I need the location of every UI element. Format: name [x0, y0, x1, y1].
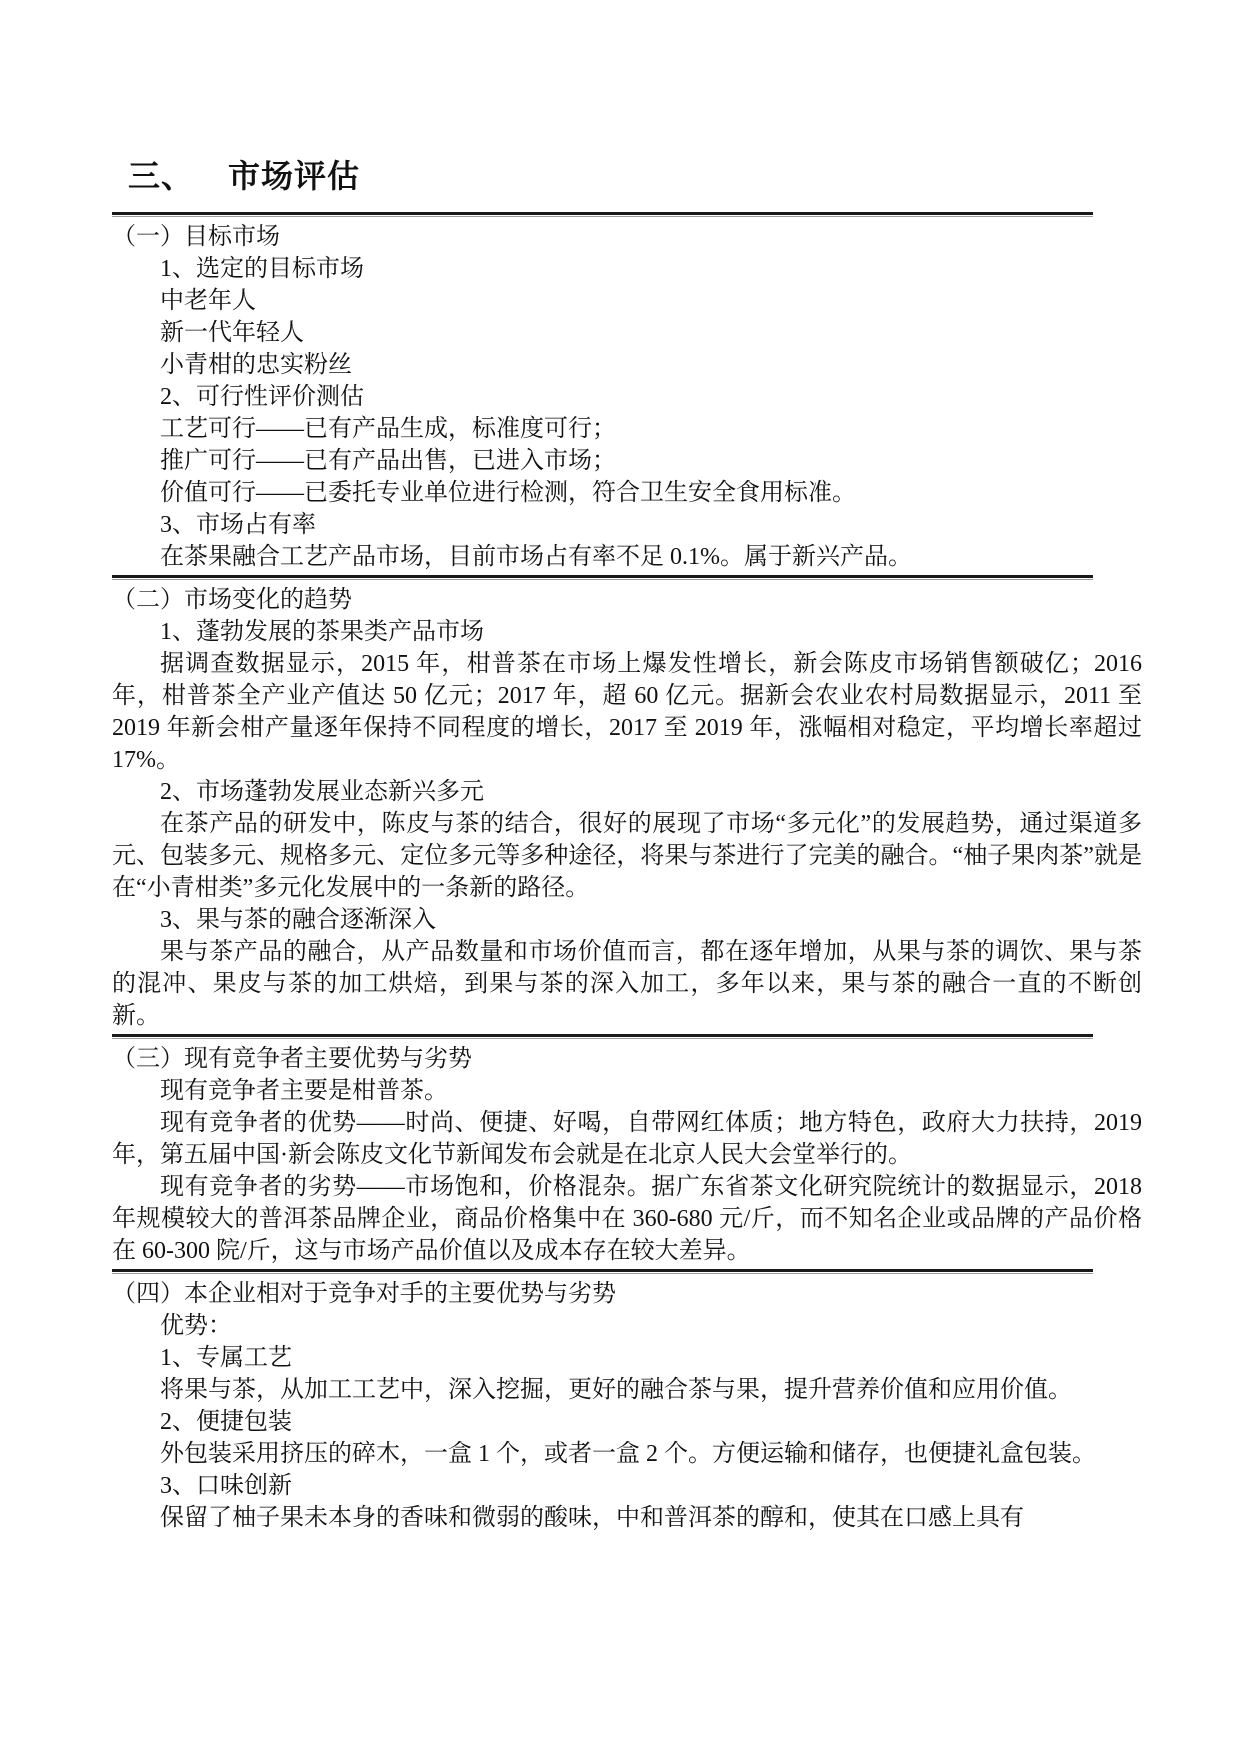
- text-line: 1、蓬勃发展的茶果类产品市场: [112, 616, 1142, 648]
- text-line: 3、口味创新: [112, 1470, 1142, 1502]
- text-line: 新一代年轻人: [112, 317, 1142, 349]
- section-heading: （一）目标市场: [112, 221, 1142, 253]
- paragraph: 在茶产品的研发中，陈皮与茶的结合，很好的展现了市场“多元化”的发展趋势，通过渠道…: [112, 808, 1142, 904]
- page-title: 三、市场评估: [128, 156, 1142, 196]
- text-line: 工艺可行——已有产品生成，标准度可行；: [112, 413, 1142, 445]
- document-section: （二）市场变化的趋势1、蓬勃发展的茶果类产品市场据调查数据显示，2015 年，柑…: [112, 581, 1142, 1034]
- sections-container: （一）目标市场1、选定的目标市场中老年人新一代年轻人小青柑的忠实粉丝2、可行性评…: [112, 212, 1142, 1536]
- paragraph: 现有竞争者主要是柑普茶。: [112, 1075, 1142, 1107]
- text-line: 2、可行性评价测估: [112, 381, 1142, 413]
- text-line: 优势：: [112, 1310, 1142, 1342]
- document-page: 三、市场评估 （一）目标市场1、选定的目标市场中老年人新一代年轻人小青柑的忠实粉…: [0, 0, 1240, 1753]
- text-line: 中老年人: [112, 285, 1142, 317]
- paragraph: 果与茶产品的融合，从产品数量和市场价值而言，都在逐年增加，从果与茶的调饮、果与茶…: [112, 936, 1142, 1032]
- text-line: 3、果与茶的融合逐渐深入: [112, 904, 1142, 936]
- paragraph: 现有竞争者的劣势——市场饱和，价格混杂。据广东省茶文化研究院统计的数据显示，20…: [112, 1171, 1142, 1267]
- section-heading: （三）现有竞争者主要优势与劣势: [112, 1043, 1142, 1075]
- paragraph: 将果与茶，从加工工艺中，深入挖掘，更好的融合茶与果，提升营养价值和应用价值。: [112, 1374, 1142, 1406]
- text-line: 1、选定的目标市场: [112, 253, 1142, 285]
- text-line: 2、市场蓬勃发展业态新兴多元: [112, 776, 1142, 808]
- page-title-text: 市场评估: [228, 158, 360, 194]
- text-line: 推广可行——已有产品出售，已进入市场；: [112, 445, 1142, 477]
- document-section: （四）本企业相对于竞争对手的主要优势与劣势优势：1、专属工艺将果与茶，从加工工艺…: [112, 1275, 1142, 1536]
- paragraph: 据调查数据显示，2015 年，柑普茶在市场上爆发性增长，新会陈皮市场销售额破亿；…: [112, 648, 1142, 776]
- text-line: 价值可行——已委托专业单位进行检测，符合卫生安全食用标准。: [112, 477, 1142, 509]
- text-line: 在茶果融合工艺产品市场，目前市场占有率不足 0.1%。属于新兴产品。: [112, 541, 1142, 573]
- section-heading: （四）本企业相对于竞争对手的主要优势与劣势: [112, 1278, 1142, 1310]
- text-line: 1、专属工艺: [112, 1342, 1142, 1374]
- paragraph: 外包装采用挤压的碎木，一盒 1 个，或者一盒 2 个。方便运输和储存，也便捷礼盒…: [112, 1438, 1142, 1470]
- text-line: 小青柑的忠实粉丝: [112, 349, 1142, 381]
- section-heading: （二）市场变化的趋势: [112, 584, 1142, 616]
- text-line: 3、市场占有率: [112, 509, 1142, 541]
- document-section: （三）现有竞争者主要优势与劣势现有竞争者主要是柑普茶。现有竞争者的优势——时尚、…: [112, 1040, 1142, 1269]
- paragraph: 现有竞争者的优势——时尚、便捷、好喝，自带网红体质；地方特色，政府大力扶持，20…: [112, 1107, 1142, 1171]
- page-title-number: 三、: [128, 158, 194, 194]
- text-line: 2、便捷包装: [112, 1406, 1142, 1438]
- document-section: （一）目标市场1、选定的目标市场中老年人新一代年轻人小青柑的忠实粉丝2、可行性评…: [112, 218, 1142, 575]
- paragraph: 保留了柚子果未本身的香味和微弱的酸味，中和普洱茶的醇和，使其在口感上具有: [112, 1502, 1142, 1534]
